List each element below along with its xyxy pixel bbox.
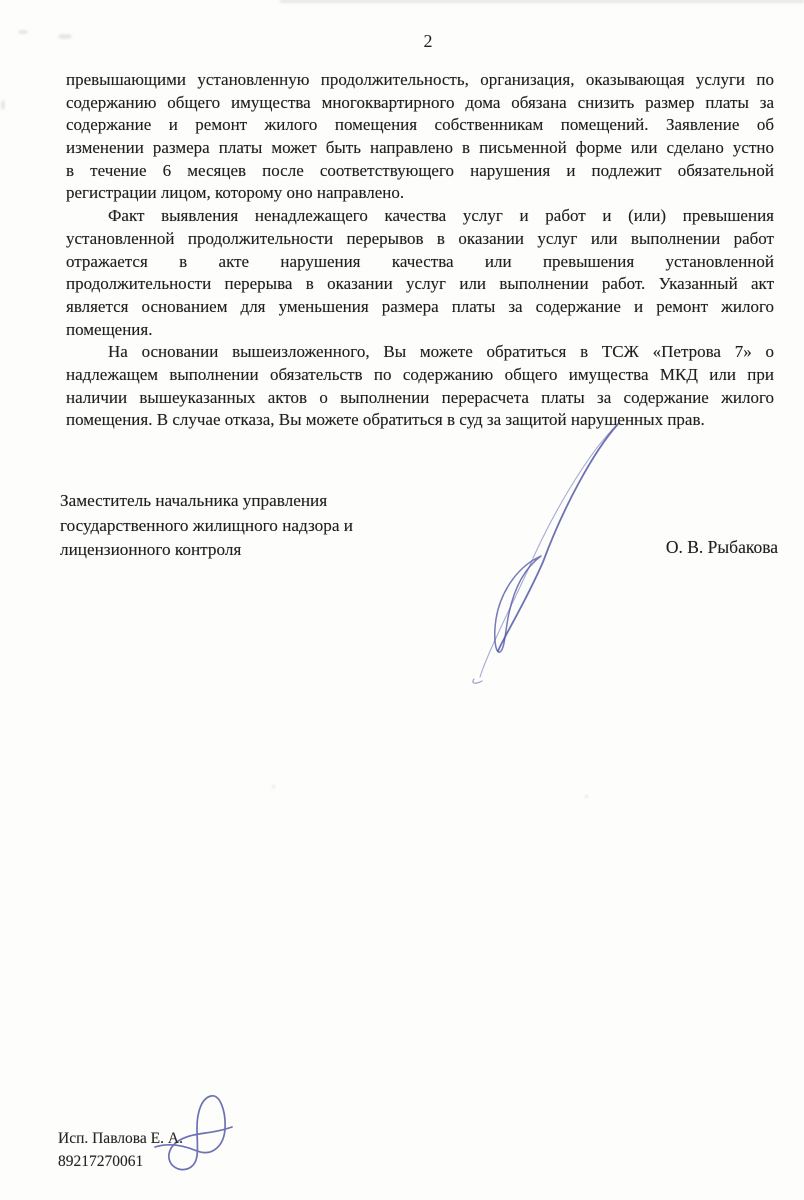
signature-stroke	[495, 556, 541, 652]
executor-block: Исп. Павлова Е. А. 89217270061	[58, 1128, 183, 1173]
signatory-position-line: лицензионного контроля	[60, 538, 460, 563]
paragraph-line: Факт выявления ненадлежащего качества ус…	[66, 205, 774, 228]
signatory-name: О. В. Рыбакова	[666, 535, 778, 559]
paragraph-line: установленной продолжительности перерыво…	[66, 228, 774, 251]
signature-stroke	[498, 424, 618, 651]
paragraph-line: является основанием для уменьшения разме…	[66, 296, 774, 319]
signatory-position-line: Заместитель начальника управления	[60, 489, 460, 514]
scan-artifact	[585, 795, 588, 798]
paragraph-line: превышающими установленную продолжительн…	[66, 69, 774, 92]
paragraph-line: регистрации лицом, которому оно направле…	[66, 182, 774, 205]
paragraph-line: отражается в акте нарушения качества или…	[66, 251, 774, 274]
paragraph-line: содержанию общего имущества многоквартир…	[66, 92, 774, 115]
paragraph-line: На основании вышеизложенного, Вы можете …	[66, 341, 774, 364]
signature-stroke	[473, 679, 482, 683]
paragraph-line: помещения.	[66, 319, 774, 342]
scan-artifact	[272, 785, 275, 788]
paragraph-line: продолжительности перерыва в оказании ус…	[66, 273, 774, 296]
scan-artifact	[18, 30, 28, 34]
executor-phone: 89217270061	[58, 1151, 183, 1174]
signatory-position-line: государственного жилищного надзора и	[60, 514, 460, 539]
paragraph-line: в течение 6 месяцев после соответствующе…	[66, 160, 774, 183]
scan-artifact	[280, 0, 804, 4]
handwritten-signature	[455, 400, 665, 695]
paragraph-line: помещения. В случае отказа, Вы можете об…	[66, 409, 774, 432]
paragraph-line: содержание и ремонт жилого помещения соб…	[66, 114, 774, 137]
signatory-position: Заместитель начальника управления госуда…	[60, 489, 460, 563]
paragraph-line: изменении размера платы может быть напра…	[66, 137, 774, 160]
paragraph-line: надлежащем выполнении обязательств по со…	[66, 364, 774, 387]
letter-body: превышающими установленную продолжительн…	[66, 69, 774, 432]
paragraph-line: наличии вышеуказанных актов о выполнении…	[66, 387, 774, 410]
signature-stroke	[480, 424, 618, 677]
document-page: 2 превышающими установленную продолжител…	[0, 0, 804, 1200]
executor-name: Исп. Павлова Е. А.	[58, 1128, 183, 1151]
page-number: 2	[64, 30, 774, 52]
scan-artifact	[1, 100, 5, 110]
